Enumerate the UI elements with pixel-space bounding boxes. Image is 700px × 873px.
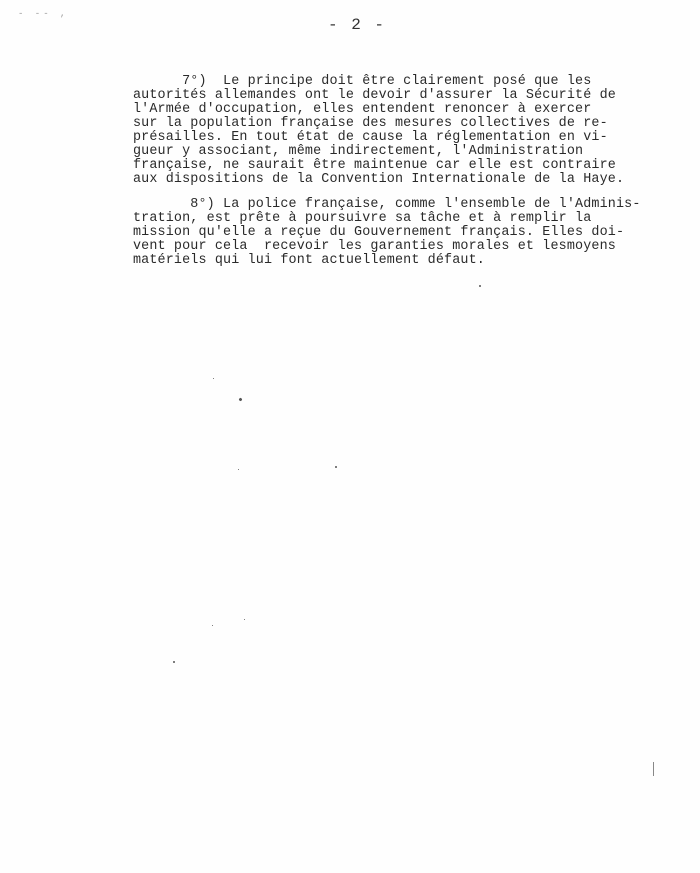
paragraph-7-line-3: l'Armée d'occupation, elles entendent re… <box>133 103 591 117</box>
paragraph-8-line-2: tration, est prête à poursuivre sa tâche… <box>133 212 591 226</box>
scan-scratch <box>653 762 654 776</box>
document-page: - -- , - 2 - 7°) Le principe doit être c… <box>0 0 700 873</box>
paragraph-7-line-6: gueur y associant, même indirectement, l… <box>133 145 583 159</box>
paragraph-7-line-5: présailles. En tout état de cause la rég… <box>133 131 608 145</box>
paragraph-8-line-1: 8°) La police française, comme l'ensembl… <box>133 198 641 212</box>
page-number: - 2 - <box>328 16 386 34</box>
scan-speck <box>213 378 214 379</box>
scan-speck <box>244 619 245 620</box>
paragraph-8-line-4: vent pour cela recevoir les garanties mo… <box>133 240 616 254</box>
scan-speck <box>479 285 481 287</box>
paragraph-8-line-3: mission qu'elle a reçue du Gouvernement … <box>133 226 624 240</box>
scan-speck <box>173 661 175 663</box>
paragraph-7-line-4: sur la population française des mesures … <box>133 117 608 131</box>
paragraph-7-line-2: autorités allemandes ont le devoir d'ass… <box>133 89 616 103</box>
corner-marks: - -- , <box>18 9 68 19</box>
paragraph-7-line-1: 7°) Le principe doit être clairement pos… <box>133 75 591 89</box>
paragraph-7-line-8: aux dispositions de la Convention Intern… <box>133 173 624 187</box>
paragraph-8-line-5: matériels qui lui font actuellement défa… <box>133 254 485 268</box>
scan-speck <box>335 466 337 468</box>
scan-speck <box>212 625 213 626</box>
scan-speck <box>238 397 242 401</box>
scan-speck <box>238 469 239 470</box>
paragraph-7-line-7: française, ne saurait être maintenue car… <box>133 159 616 173</box>
